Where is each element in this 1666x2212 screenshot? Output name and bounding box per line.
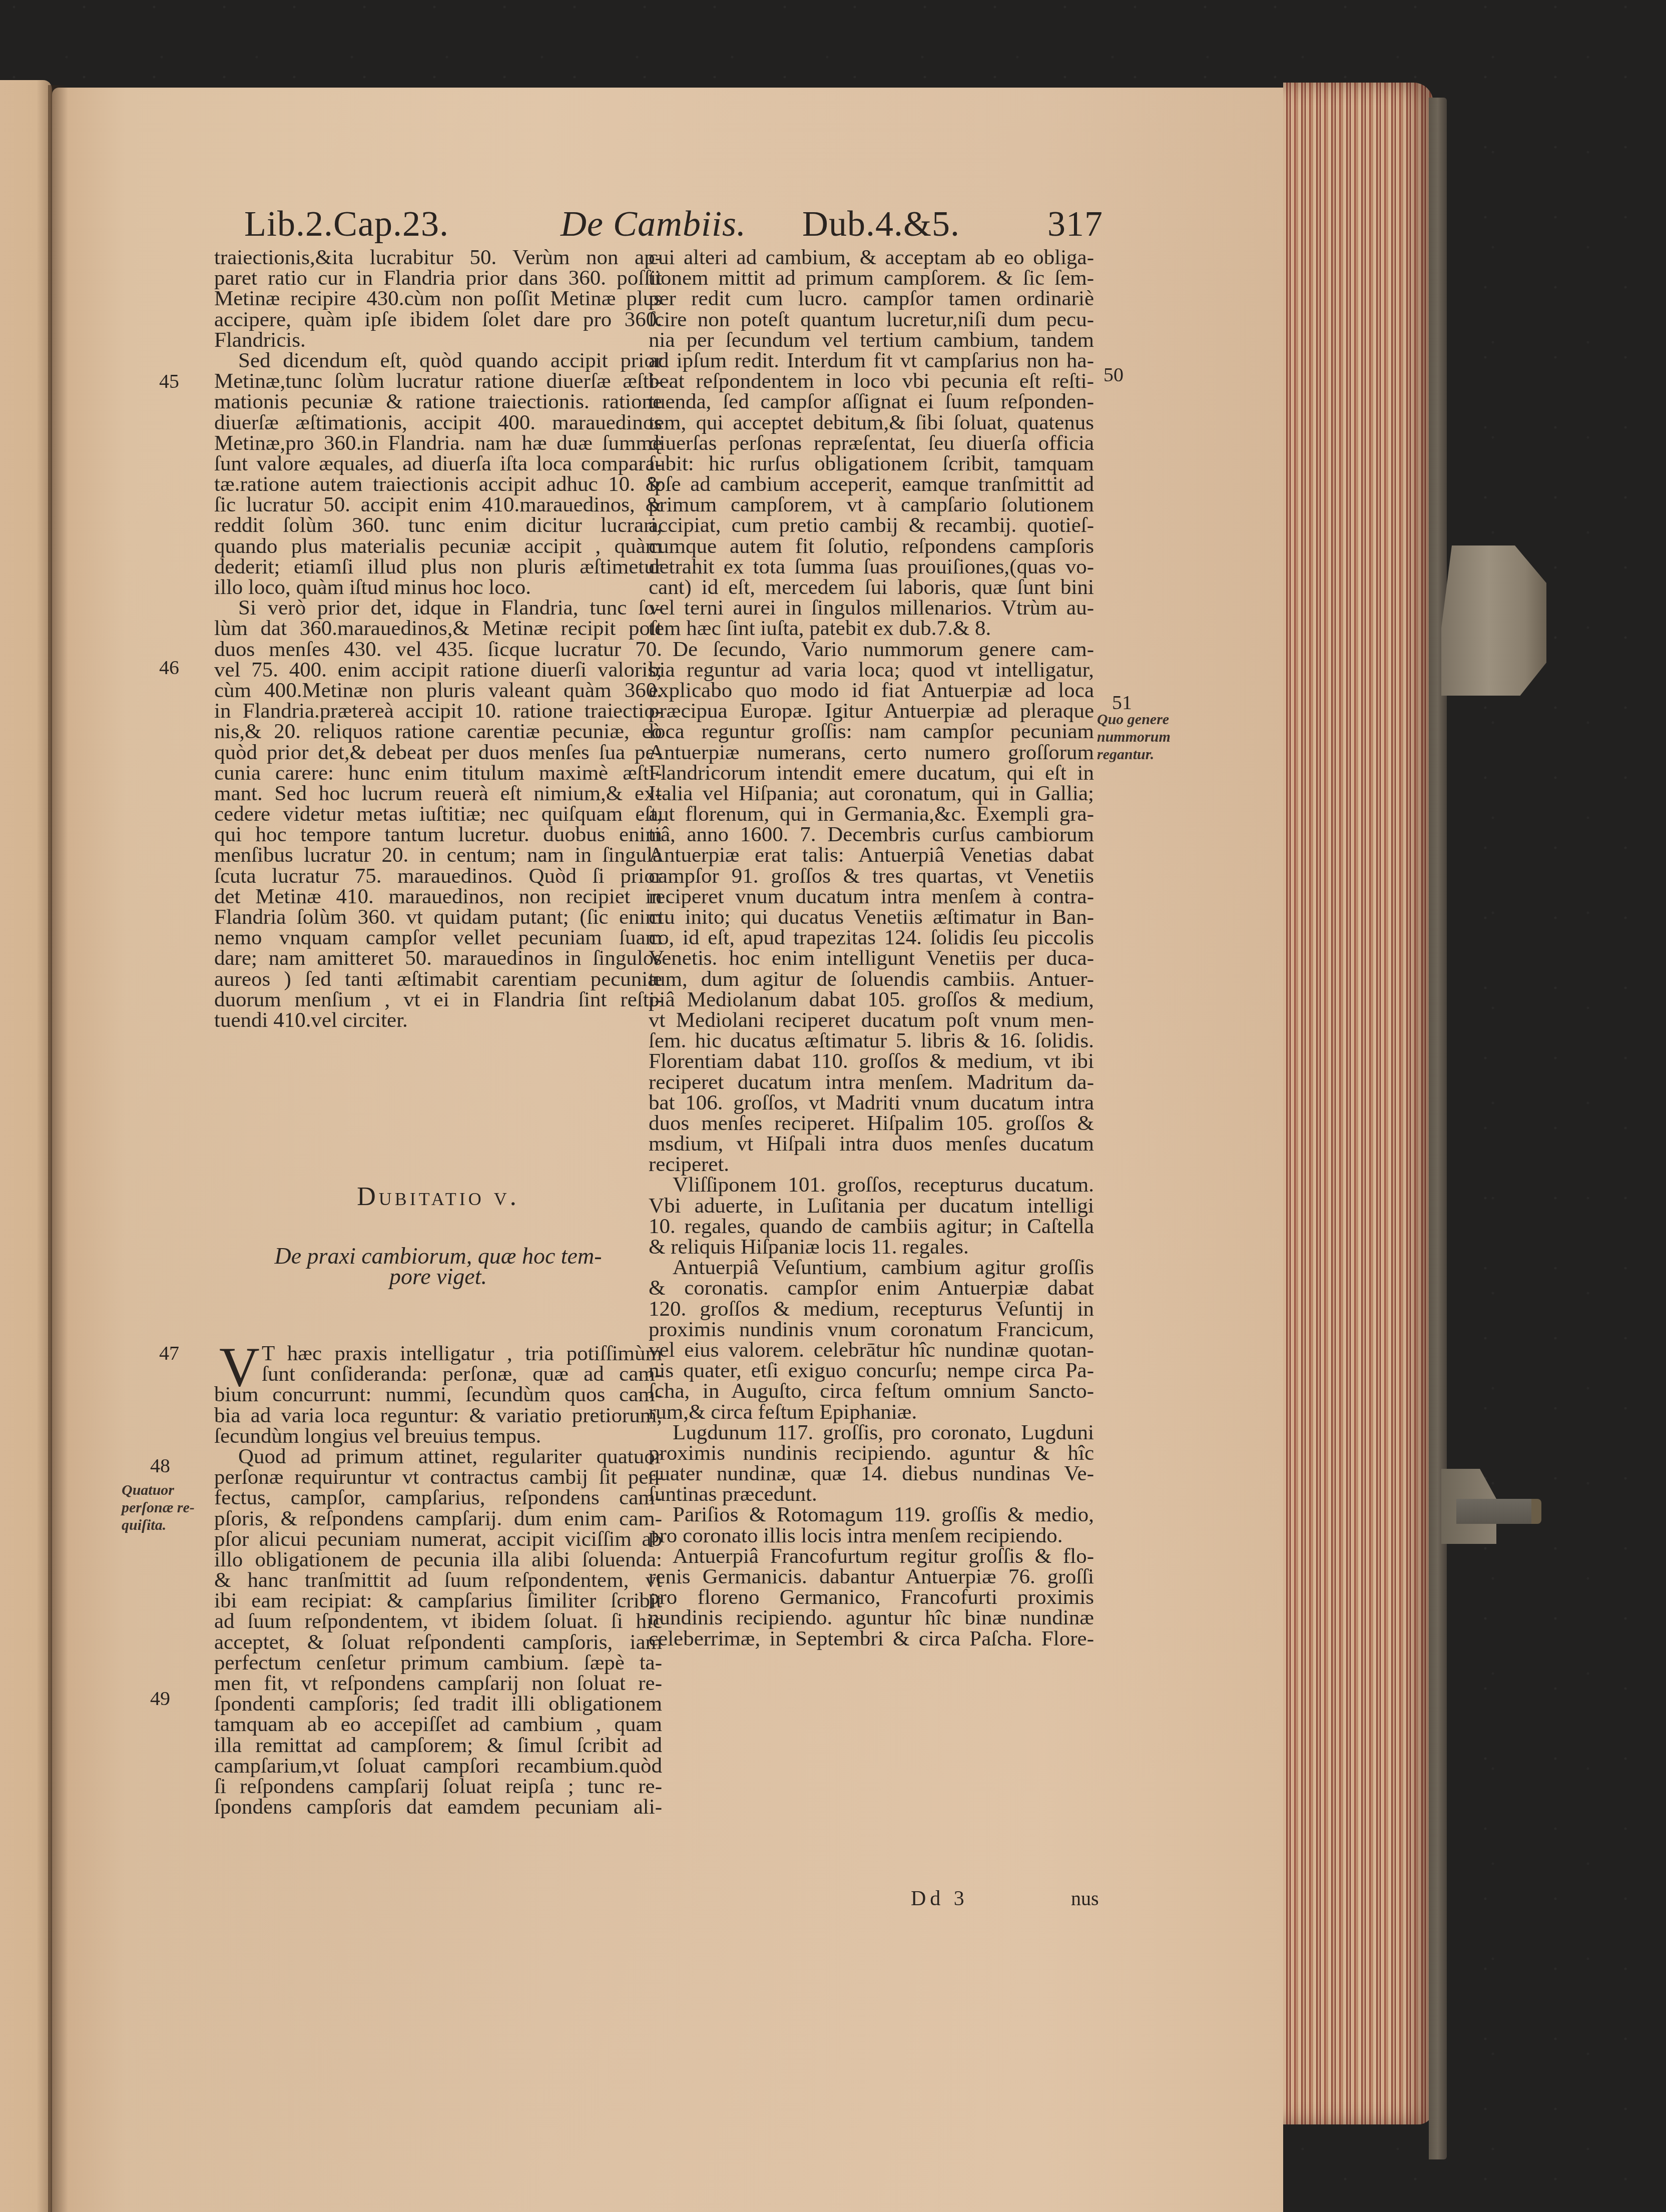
text-line: & hanc tranſmittit ad ſuum reſpondentem,… xyxy=(214,1570,662,1590)
text-line: qui hoc tempore tantum lucretur. duobus … xyxy=(214,824,662,845)
text-line: pſoris, & reſpondens campſarij. dum enim… xyxy=(214,1508,662,1529)
text-line: ſpondenti campſoris; ſed tradit illi obl… xyxy=(214,1694,662,1714)
text-line: Metinæ recipire 430.cùm non poſſit Metin… xyxy=(214,288,662,309)
text-line: reddit ſolùm 360. tunc enim dicitur lucr… xyxy=(214,515,662,535)
text-line: campſor 91. groſſos & tres quartas, vt V… xyxy=(649,866,1094,886)
text-line: Metinæ,pro 360.in Flandria. nam hæ duæ ſ… xyxy=(214,433,662,453)
text-line: Si verò prior det, idque in Flandria, tu… xyxy=(214,598,662,618)
text-line: detrahit ex tota ſumma ſuas prouiſiones,… xyxy=(649,557,1094,577)
note-line: nummorum xyxy=(1097,728,1171,746)
text-line: perſonæ requiruntur vt contractus cambij… xyxy=(214,1467,662,1487)
text-line: ſcire non poteſt quantum lucretur,niſi d… xyxy=(649,309,1094,330)
text-line: tem hæc ſint iuſta, patebit ex dub.7.& 8… xyxy=(649,618,1094,639)
left-column-lower: T hæc praxis intelligatur , tria potiſſi… xyxy=(214,1343,662,1817)
text-line: Antuerpiæ numerans, certo numero groſſor… xyxy=(649,742,1094,763)
paragraph-number-47: 47 xyxy=(159,1341,179,1365)
gutter-shadow xyxy=(48,85,68,2212)
text-line: lùm dat 360.marauedinos,& Metinæ recipit… xyxy=(214,618,662,639)
text-line: Vbi aduerte, in Luſitania per ducatum in… xyxy=(649,1196,1094,1216)
text-line: Italia vel Hiſpania; aut coronatum, qui … xyxy=(649,783,1094,804)
text-line: cùm 400.Metinæ non pluris valeant quàm 3… xyxy=(214,680,662,701)
text-line: bia ad varia loca reguntur: & variatio p… xyxy=(214,1405,662,1426)
text-line: cedere videtur metas iuſtitiæ; nec quiſq… xyxy=(214,804,662,824)
text-line: fectus, campſor, campſarius, reſpondens … xyxy=(214,1487,662,1508)
text-line: aut florenum, qui in Germania,&c. Exempl… xyxy=(649,804,1094,824)
back-board xyxy=(1429,98,1447,2159)
text-line: Quod ad primum attinet, regulariter quat… xyxy=(214,1446,662,1467)
paragraph-lisbon: Vliſſiponem 101. groſſos, recepturus duc… xyxy=(649,1175,1094,1257)
text-line: accipiat, cum pretio cambij & recambij. … xyxy=(649,515,1094,535)
text-line: ſecundùm longius vel breuius tempus. xyxy=(214,1426,662,1446)
text-line: & coronatis. campſor enim Antuerpiæ daba… xyxy=(649,1278,1094,1298)
paragraph-51: De ſecundo, Vario nummorum genere cam- b… xyxy=(649,639,1094,1175)
text-line: Antuerpiâ Veſuntium, cambium agitur groſ… xyxy=(649,1257,1094,1278)
text-line: pro floreno Germanico, Francofurti proxi… xyxy=(649,1587,1094,1607)
text-line: traiectionis,&ita lucrabitur 50. Verùm n… xyxy=(214,247,662,268)
text-line: diuerſæ æſtimationis, accipit 400. marau… xyxy=(214,412,662,433)
text-line: tuenda, ſed campſor aſſignat ei ſuum reſ… xyxy=(649,391,1094,412)
text-line: ſem. hic ducatus æſtimatur 5. libris & 1… xyxy=(649,1030,1094,1051)
text-line: loca reguntur groſſis: nam campſor pecun… xyxy=(649,721,1094,742)
paragraph-48-49: Quod ad primum attinet, regulariter quat… xyxy=(214,1446,662,1817)
text-line: Pariſios & Rotomagum 119. groſſis & medi… xyxy=(649,1504,1094,1525)
text-line: men fit, vt reſpondens campſarij non ſol… xyxy=(214,1673,662,1694)
running-head: Lib.2.Cap.23. De Cambiis. Dub.4.&5. 317 xyxy=(244,201,1097,246)
text-line: reciperet ducatum intra menſem. Madritum… xyxy=(649,1072,1094,1092)
text-line: 120. groſſos & medium, recepturus Veſunt… xyxy=(649,1299,1094,1319)
text-line: ſcha, in Auguſto, circa feſtum omnium Sa… xyxy=(649,1381,1094,1401)
text-line: illo loco, quàm iſtud minus hoc loco. xyxy=(214,577,662,598)
left-column: traiectionis,&ita lucrabitur 50. Verùm n… xyxy=(214,247,662,1030)
text-line: cui alteri ad cambium, & acceptam ab eo … xyxy=(649,247,1094,268)
text-line: vt Mediolani reciperet ducatum poſt vnum… xyxy=(649,1010,1094,1030)
text-line: per redit cum lucro. campſor tamen ordin… xyxy=(649,288,1094,309)
paragraph-49-cont: cui alteri ad cambium, & acceptam ab eo … xyxy=(649,247,1094,639)
text-line: T hæc praxis intelligatur , tria potiſſi… xyxy=(214,1343,662,1364)
paragraph-46: Si verò prior det, idque in Flandria, tu… xyxy=(214,598,662,1030)
text-line: piâ Mediolanum dabat 105. groſſos & medi… xyxy=(649,989,1094,1010)
text-line: tæ.ratione autem traiectionis accipit ad… xyxy=(214,474,662,494)
paragraph-47: T hæc praxis intelligatur , tria potiſſi… xyxy=(214,1343,662,1446)
text-line: bat 106. groſſos, vt Madriti vnum ducatu… xyxy=(649,1092,1094,1113)
text-line: ſunt valore æquales, ad diuerſa iſta loc… xyxy=(214,453,662,474)
text-line: illo obligationem de pecunia illa alibi … xyxy=(214,1549,662,1570)
text-line: nia per ſecundum vel tertium cambium, ta… xyxy=(649,330,1094,350)
text-line: Lugdunum 117. groſſis, pro coronato, Lug… xyxy=(649,1422,1094,1443)
signature-mark: Dd 3 xyxy=(911,1887,968,1911)
text-line: rum,& circa feſtum Epiphaniæ. xyxy=(649,1402,1094,1422)
text-line: tiâ, anno 1600. 7. Decembris curſus camb… xyxy=(649,824,1094,845)
text-line: cant) id eſt, mercedem ſui laboris, quæ … xyxy=(649,577,1094,598)
book-chapter-ref: Lib.2.Cap.23. xyxy=(244,201,449,246)
text-line: vel eius valorem. celebrātur hîc nundinæ… xyxy=(649,1340,1094,1360)
text-line: ſuntinas præcedunt. xyxy=(649,1484,1094,1504)
text-line: duos menſes reciperet. Hiſpalim 105. gro… xyxy=(649,1113,1094,1134)
text-line: reciperet. xyxy=(649,1154,1094,1175)
text-line: proximis nundinis recipiendo. aguntur & … xyxy=(649,1443,1094,1463)
text-line: ſic lucratur 50. accipit enim 410.maraue… xyxy=(214,494,662,515)
text-line: reciperet vnum ducatum intra menſem à co… xyxy=(649,886,1094,907)
text-line: campſarium,vt ſoluat campſori recambium.… xyxy=(214,1756,662,1776)
text-line: Antuerpiæ erat talis: Antuerpiâ Venetias… xyxy=(649,845,1094,865)
text-line: Flandria ſolùm 360. vt quidam putant; (ſ… xyxy=(214,907,662,927)
text-line: tum, dum agitur de ſoluendis cambiis. An… xyxy=(649,969,1094,989)
text-line: Metinæ,tunc ſolùm lucratur ratione diuer… xyxy=(214,371,662,391)
text-line: mant. Sed hoc lucrum reuerà eſt nimium,&… xyxy=(214,783,662,804)
right-column: cui alteri ad cambium, & acceptam ab eo … xyxy=(649,247,1094,1649)
paragraph-number-48: 48 xyxy=(150,1454,170,1477)
text-line: & reliquis Hiſpaniæ locis 11. regales. xyxy=(649,1237,1094,1257)
paragraph-number-50: 50 xyxy=(1103,363,1124,386)
text-line: beat reſpondentem in loco vbi pecunia eſ… xyxy=(649,371,1094,391)
text-line: duos menſes 430. vel 435. ſicque lucratu… xyxy=(214,639,662,660)
text-line: Vliſſiponem 101. groſſos, recepturus duc… xyxy=(649,1175,1094,1195)
paragraph-number-46: 46 xyxy=(159,656,179,679)
catchword: nus xyxy=(1071,1887,1099,1910)
text-line: tuendi 410.vel circiter. xyxy=(214,1010,662,1030)
text-line: pro coronato illis locis intra menſem re… xyxy=(649,1525,1094,1546)
note-line: Quo genere xyxy=(1097,711,1171,728)
text-line: co, id eſt, apud trapezitas 124. ſolidis… xyxy=(649,927,1094,948)
text-line: ſunt conſideranda: perſonæ, quæ ad cam- xyxy=(214,1364,662,1384)
text-line: vel 75. 400. enim accipit ratione diuerſ… xyxy=(214,660,662,680)
text-line: renis Germanicis. dabantur Antuerpiæ 76.… xyxy=(649,1566,1094,1587)
text-line: pſor alicui pecuniam numerat, accipit vi… xyxy=(214,1529,662,1549)
paragraph-paris: Pariſios & Rotomagum 119. groſſis & medi… xyxy=(649,1504,1094,1545)
text-line: ibi eam recipiat: & campſarius ſimiliter… xyxy=(214,1590,662,1611)
text-line: msdium, vt Hiſpali intra duos menſes duc… xyxy=(649,1134,1094,1154)
subheading-line: De praxi cambiorum, quæ hoc tem- xyxy=(214,1241,662,1262)
marginal-note-quatuor: Quatuor perſonæ re- quiſita. xyxy=(122,1481,195,1534)
text-line: vel terni aurei in ſingulos millenarios.… xyxy=(649,598,1094,618)
text-line: paret ratio cur in Flandria prior dans 3… xyxy=(214,268,662,288)
section-subheading: De praxi cambiorum, quæ hoc tem- pore vi… xyxy=(214,1241,662,1282)
text-line: accipere, quàm ipſe ibidem ſolet dare pr… xyxy=(214,309,662,330)
text-line: nundinis recipiendo. aguntur hîc binæ nu… xyxy=(649,1607,1094,1628)
note-line: perſonæ re- xyxy=(122,1499,195,1516)
text-line: bia reguntur ad varia loca; quod vt inte… xyxy=(649,660,1094,680)
note-line: quiſita. xyxy=(122,1516,195,1534)
text-line: præcipua Europæ. Igitur Antuerpiæ ad ple… xyxy=(649,701,1094,721)
text-line: diuerſas perſonas repræſentat, ſeu diuer… xyxy=(649,433,1094,453)
paragraph-number-49: 49 xyxy=(150,1687,170,1710)
text-line: dederit; etiamſi illud plus non pluris æ… xyxy=(214,557,662,577)
text-line: det Metinæ 410. marauedinos, non recipie… xyxy=(214,886,662,907)
text-line: illa remittat ad campſorem; & ſimul ſcri… xyxy=(214,1735,662,1756)
verso-page-edge xyxy=(0,80,52,2212)
text-line: proximis nundinis vnum coronatum Francic… xyxy=(649,1319,1094,1340)
text-line: cumque autem fit ſolutio, reſpondens cam… xyxy=(649,536,1094,557)
paragraph-45: Sed dicendum eſt, quòd quando accipit pr… xyxy=(214,350,662,598)
text-line: acceptet, & ſoluat reſpondenti campſoris… xyxy=(214,1632,662,1652)
text-line: duorum menſium , vt ei in Flandria ſint … xyxy=(214,989,662,1010)
folio-number: 317 xyxy=(1047,201,1103,246)
text-line: ad ſuum reſpondentem, vt ibidem ſoluat. … xyxy=(214,1611,662,1631)
note-line: Quatuor xyxy=(122,1481,195,1499)
text-line: Flandricorum intendit emere ducatum, qui… xyxy=(649,763,1094,783)
text-line: ipſe ad cambium acceperit, eamque tranſm… xyxy=(649,474,1094,494)
text-line: in Flandria.prætereà accipit 10. ratione… xyxy=(214,701,662,721)
text-line: dare; nam amitteret 50. marauedinos in ſ… xyxy=(214,948,662,968)
text-line: celeberrimæ, in Septembri & circa Paſcha… xyxy=(649,1628,1094,1649)
paragraph-lyon: Lugdunum 117. groſſis, pro coronato, Lug… xyxy=(649,1422,1094,1505)
text-line: Florentiam dabat 110. groſſos & medium, … xyxy=(649,1051,1094,1071)
fore-edge-leaves xyxy=(1283,83,1433,2124)
section-heading: Dubitatio v. xyxy=(214,1182,662,1212)
text-line: bium concurrunt: nummi, ſecundùm quos ca… xyxy=(214,1384,662,1405)
dubitatio-range: Dub.4.&5. xyxy=(802,201,960,246)
text-line: aureos ) ſed tanti æſtimabit carentiam p… xyxy=(214,969,662,989)
text-line: ſcuta lucratur 75. marauedinos. Quòd ſi … xyxy=(214,866,662,886)
running-title: De Cambiis. xyxy=(561,201,746,246)
text-line: menſibus lucratur 20. in centum; nam in … xyxy=(214,845,662,865)
text-line: perfectum cenſetur primum cambium. ſæpè … xyxy=(214,1652,662,1673)
text-line: ſubit: hic rurſus obligationem ſcribit, … xyxy=(649,453,1094,474)
note-line: regantur. xyxy=(1097,746,1171,763)
text-line: ſpondens campſoris dat eamdem pecuniam a… xyxy=(214,1797,662,1817)
text-line: Antuerpiâ Francofurtum regitur groſſis &… xyxy=(649,1546,1094,1566)
text-line: tamquam ab eo accepiſſet ad cambium , qu… xyxy=(214,1714,662,1735)
paragraph-44-end: traiectionis,&ita lucrabitur 50. Verùm n… xyxy=(214,247,662,350)
text-line: ctu inito; qui ducatus Venetiis æſtimatu… xyxy=(649,907,1094,927)
text-line: Sed dicendum eſt, quòd quando accipit pr… xyxy=(214,350,662,371)
text-line: tem, qui acceptet debitum,& ſibi ſoluat,… xyxy=(649,412,1094,433)
text-line: Venetis. hoc enim intelligunt Venetiis p… xyxy=(649,948,1094,968)
text-line: Flandricis. xyxy=(214,330,662,350)
text-line: quòd prior det,& debeat per duos menſes … xyxy=(214,742,662,763)
text-line: primum campſorem, vt à campſario ſolutio… xyxy=(649,494,1094,515)
paragraph-frankfurt: Antuerpiâ Francofurtum regitur groſſis &… xyxy=(649,1546,1094,1649)
text-line: De ſecundo, Vario nummorum genere cam- xyxy=(649,639,1094,660)
text-line: quando plus materialis pecuniæ accipit ,… xyxy=(214,536,662,557)
text-line: ſi reſpondens campſarij ſoluat reipſa ; … xyxy=(214,1776,662,1797)
paragraph-besancon: Antuerpiâ Veſuntium, cambium agitur groſ… xyxy=(649,1257,1094,1422)
text-line: nemo vnquam campſor vellet pecuniam ſuam xyxy=(214,927,662,948)
text-line: explicabo quo modo id fiat Antuerpiæ ad … xyxy=(649,680,1094,701)
text-line: quater nundinæ, quæ 14. diebus nundinas … xyxy=(649,1463,1094,1484)
paragraph-number-45: 45 xyxy=(159,369,179,393)
text-line: nis quater, etſi exiguo concurſu; nempe … xyxy=(649,1360,1094,1381)
marginal-note-quo-genere: Quo genere nummorum regantur. xyxy=(1097,711,1171,763)
text-line: nis,& 20. reliquos ratione carentiæ pecu… xyxy=(214,721,662,742)
clasp-strap-icon xyxy=(1456,1499,1541,1524)
text-line: cunia carere: hunc enim titulum maximè æ… xyxy=(214,763,662,783)
clasp-top-icon xyxy=(1441,545,1546,696)
text-line: tionem mittit ad primum campſorem. & ſic… xyxy=(649,268,1094,288)
text-line: ad ipſum redit. Interdum fit vt campſari… xyxy=(649,350,1094,371)
text-line: mationis pecuniæ & ratione traiectionis.… xyxy=(214,391,662,412)
text-line: 10. regales, quando de cambiis agitur; i… xyxy=(649,1216,1094,1237)
